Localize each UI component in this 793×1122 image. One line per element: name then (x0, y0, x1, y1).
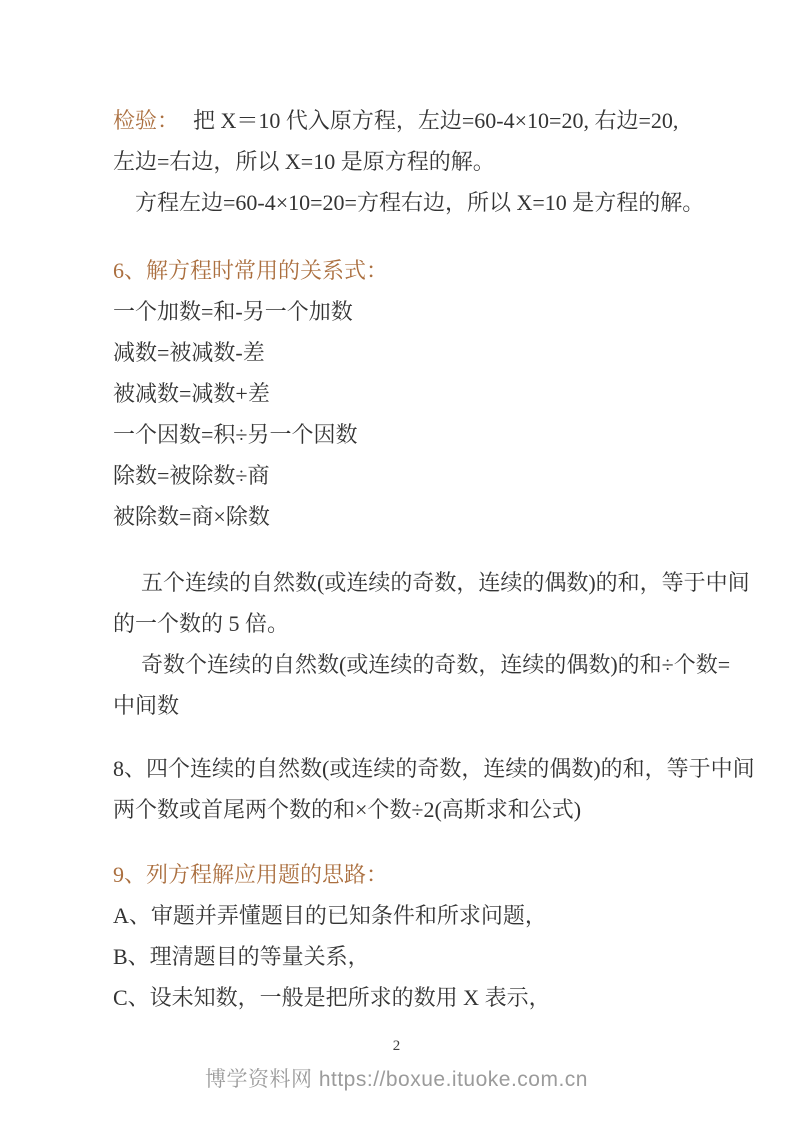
relation-line: 被除数=商×除数 (113, 496, 723, 537)
relation-line: 一个加数=和-另一个加数 (113, 291, 723, 332)
footer-site-url: 博学资料网 https://boxue.ituoke.com.cn (0, 1063, 793, 1093)
check-text: 把 X＝10 代入原方程，左边=60-4×10=20, 右边=20, (193, 108, 678, 133)
page-number: 2 (0, 1038, 793, 1055)
consecutive-numbers-paragraph: 五个连续的自然数(或连续的奇数，连续的偶数)的和，等于中间 的一个数的 5 倍。… (113, 562, 723, 726)
text-line: 奇数个连续的自然数(或连续的奇数，连续的偶数)的和÷个数= (113, 644, 723, 685)
document-page: 检验：把 X＝10 代入原方程，左边=60-4×10=20, 右边=20, 左边… (0, 0, 793, 1122)
text-line: 检验：把 X＝10 代入原方程，左边=60-4×10=20, 右边=20, (113, 100, 723, 141)
section-9-heading: 9、列方程解应用题的思路： (113, 854, 723, 895)
text-line: 五个连续的自然数(或连续的奇数，连续的偶数)的和，等于中间 (113, 562, 723, 603)
relation-line: 减数=被减数-差 (113, 332, 723, 373)
gauss-sum-paragraph: 8、四个连续的自然数(或连续的奇数，连续的偶数)的和，等于中间 两个数或首尾两个… (113, 748, 723, 830)
text-line: 两个数或首尾两个数的和×个数÷2(高斯求和公式) (113, 789, 723, 830)
check-paragraph: 检验：把 X＝10 代入原方程，左边=60-4×10=20, 右边=20, 左边… (113, 100, 723, 223)
step-line: B、理清题目的等量关系， (113, 936, 723, 977)
text-line: 的一个数的 5 倍。 (113, 603, 723, 644)
section-9-steps: 9、列方程解应用题的思路： A、审题并弄懂题目的已知条件和所求问题， B、理清题… (113, 854, 723, 1018)
relation-line: 一个因数=积÷另一个因数 (113, 414, 723, 455)
relation-line: 除数=被除数÷商 (113, 455, 723, 496)
section-6-relations: 6、解方程时常用的关系式： 一个加数=和-另一个加数 减数=被减数-差 被减数=… (113, 250, 723, 537)
relation-line: 被减数=减数+差 (113, 373, 723, 414)
section-6-heading: 6、解方程时常用的关系式： (113, 250, 723, 291)
check-label: 检验： (113, 108, 179, 133)
text-line: 8、四个连续的自然数(或连续的奇数，连续的偶数)的和，等于中间 (113, 748, 723, 789)
document-content: 检验：把 X＝10 代入原方程，左边=60-4×10=20, 右边=20, 左边… (113, 100, 723, 1018)
step-line: A、审题并弄懂题目的已知条件和所求问题， (113, 895, 723, 936)
text-line: 左边=右边，所以 X=10 是原方程的解。 (113, 141, 723, 182)
text-line: 中间数 (113, 685, 723, 726)
step-line: C、设未知数，一般是把所求的数用 X 表示， (113, 977, 723, 1018)
text-line: 方程左边=60-4×10=20=方程右边，所以 X=10 是方程的解。 (113, 182, 723, 223)
